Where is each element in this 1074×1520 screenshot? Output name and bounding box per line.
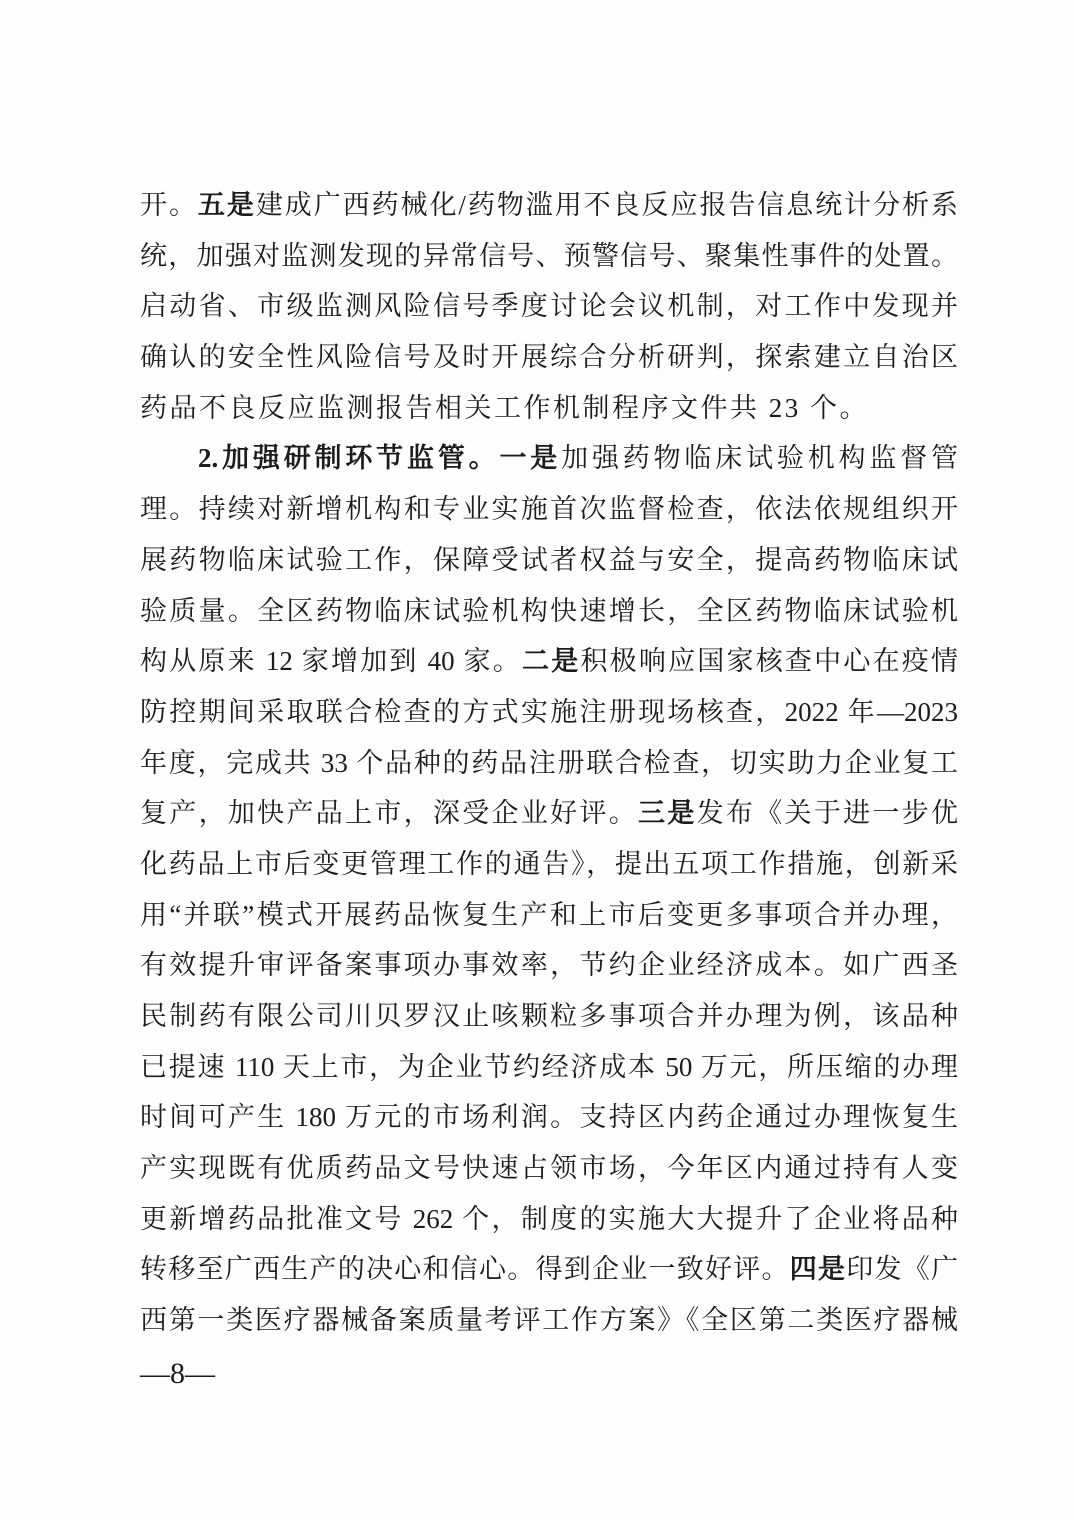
text-run: 统，加强对监测发现的异常信号、预警信号、聚集性事件的处置。	[140, 241, 958, 271]
text-run: 验质量。全区药物临床试验机构快速增长，全区药物临床试验机	[140, 596, 958, 626]
text-line: 年度，完成共 33 个品种的药品注册联合检查，切实助力企业复工	[140, 738, 958, 789]
text-run: 年度，完成共 33 个品种的药品注册联合检查，切实助力企业复工	[140, 748, 958, 778]
text-run: 用“并联”模式开展药品恢复生产和上市后变更多事项合并办理，	[140, 900, 958, 930]
emphasis-run: 2.加强研制环节监管。	[198, 443, 499, 473]
text-run: 复产，加快产品上市，深受企业好评。	[140, 798, 638, 828]
text-run: 建成广西药械化/药物滥用不良反应报告信息统计分析系	[256, 190, 958, 220]
text-run: 加强药物临床试验机构监督管	[561, 443, 958, 473]
text-run: 理。持续对新增机构和专业实施首次监督检查，依法依规组织开	[140, 494, 958, 524]
document-page: 开。五是建成广西药械化/药物滥用不良反应报告信息统计分析系统，加强对监测发现的异…	[0, 0, 1074, 1520]
emphasis-run: 一是	[499, 443, 561, 473]
text-line: 用“并联”模式开展药品恢复生产和上市后变更多事项合并办理，	[140, 890, 958, 941]
text-line: 统，加强对监测发现的异常信号、预警信号、聚集性事件的处置。	[140, 231, 958, 282]
text-line: 启动省、市级监测风险信号季度讨论会议机制，对工作中发现并	[140, 281, 958, 332]
text-line: 复产，加快产品上市，深受企业好评。三是发布《关于进一步优	[140, 788, 958, 839]
text-run: 时间可产生 180 万元的市场利润。支持区内药企通过办理恢复生	[140, 1102, 958, 1132]
text-line: 开。五是建成广西药械化/药物滥用不良反应报告信息统计分析系	[140, 180, 958, 231]
text-run: 发布《关于进一步优	[697, 798, 958, 828]
text-run: 转移至广西生产的决心和信心。得到企业一致好评。	[140, 1254, 790, 1284]
text-run: 有效提升审评备案事项办事效率，节约企业经济成本。如广西圣	[140, 950, 958, 980]
text-line: 更新增药品批准文号 262 个，制度的实施大大提升了企业将品种	[140, 1194, 958, 1245]
emphasis-run: 五是	[198, 190, 256, 220]
text-line: 药品不良反应监测报告相关工作机制程序文件共 23 个。	[140, 383, 958, 434]
text-line: 转移至广西生产的决心和信心。得到企业一致好评。四是印发《广	[140, 1244, 958, 1295]
text-run: 印发《广	[846, 1254, 958, 1284]
text-line: 产实现既有优质药品文号快速占领市场，今年区内通过持有人变	[140, 1143, 958, 1194]
text-run: 确认的安全性风险信号及时开展综合分析研判，探索建立自治区	[140, 342, 958, 372]
text-run: 已提速 110 天上市，为企业节约经济成本 50 万元，所压缩的办理	[140, 1052, 958, 1082]
text-line: 验质量。全区药物临床试验机构快速增长，全区药物临床试验机	[140, 586, 958, 637]
emphasis-run: 三是	[638, 798, 697, 828]
text-run: 构从原来 12 家增加到 40 家。	[140, 646, 522, 676]
text-line: 确认的安全性风险信号及时开展综合分析研判，探索建立自治区	[140, 332, 958, 383]
text-run: 防控期间采取联合检查的方式实施注册现场核查，2022 年—2023	[140, 697, 958, 727]
text-run: 化药品上市后变更管理工作的通告》，提出五项工作措施，创新采	[140, 849, 958, 879]
text-line: 已提速 110 天上市，为企业节约经济成本 50 万元，所压缩的办理	[140, 1042, 958, 1093]
text-run: 药品不良反应监测报告相关工作机制程序文件共 23 个。	[140, 393, 869, 423]
text-line: 2.加强研制环节监管。一是加强药物临床试验机构监督管	[140, 433, 958, 484]
text-line: 有效提升审评备案事项办事效率，节约企业经济成本。如广西圣	[140, 940, 958, 991]
text-run: 民制药有限公司川贝罗汉止咳颗粒多事项合并办理为例，该品种	[140, 1001, 958, 1031]
text-line: 民制药有限公司川贝罗汉止咳颗粒多事项合并办理为例，该品种	[140, 991, 958, 1042]
text-line: 展药物临床试验工作，保障受试者权益与安全，提高药物临床试	[140, 535, 958, 586]
text-run: 开。	[140, 190, 198, 220]
text-run: 产实现既有优质药品文号快速占领市场，今年区内通过持有人变	[140, 1153, 958, 1183]
text-line: 理。持续对新增机构和专业实施首次监督检查，依法依规组织开	[140, 484, 958, 535]
text-run: 积极响应国家核查中心在疫情	[580, 646, 958, 676]
text-line: 西第一类医疗器械备案质量考评工作方案》《全区第二类医疗器械	[140, 1295, 958, 1346]
text-run: 西第一类医疗器械备案质量考评工作方案》《全区第二类医疗器械	[140, 1305, 958, 1335]
text-line: 时间可产生 180 万元的市场利润。支持区内药企通过办理恢复生	[140, 1092, 958, 1143]
text-line: 防控期间采取联合检查的方式实施注册现场核查，2022 年—2023	[140, 687, 958, 738]
text-run: 更新增药品批准文号 262 个，制度的实施大大提升了企业将品种	[140, 1204, 958, 1234]
text-line: 化药品上市后变更管理工作的通告》，提出五项工作措施，创新采	[140, 839, 958, 890]
emphasis-run: 四是	[790, 1254, 847, 1284]
document-body: 开。五是建成广西药械化/药物滥用不良反应报告信息统计分析系统，加强对监测发现的异…	[140, 180, 958, 1346]
page-number: —8—	[140, 1356, 215, 1392]
text-run: 展药物临床试验工作，保障受试者权益与安全，提高药物临床试	[140, 545, 958, 575]
text-line: 构从原来 12 家增加到 40 家。二是积极响应国家核查中心在疫情	[140, 636, 958, 687]
text-run: 启动省、市级监测风险信号季度讨论会议机制，对工作中发现并	[140, 291, 958, 321]
emphasis-run: 二是	[522, 646, 580, 676]
